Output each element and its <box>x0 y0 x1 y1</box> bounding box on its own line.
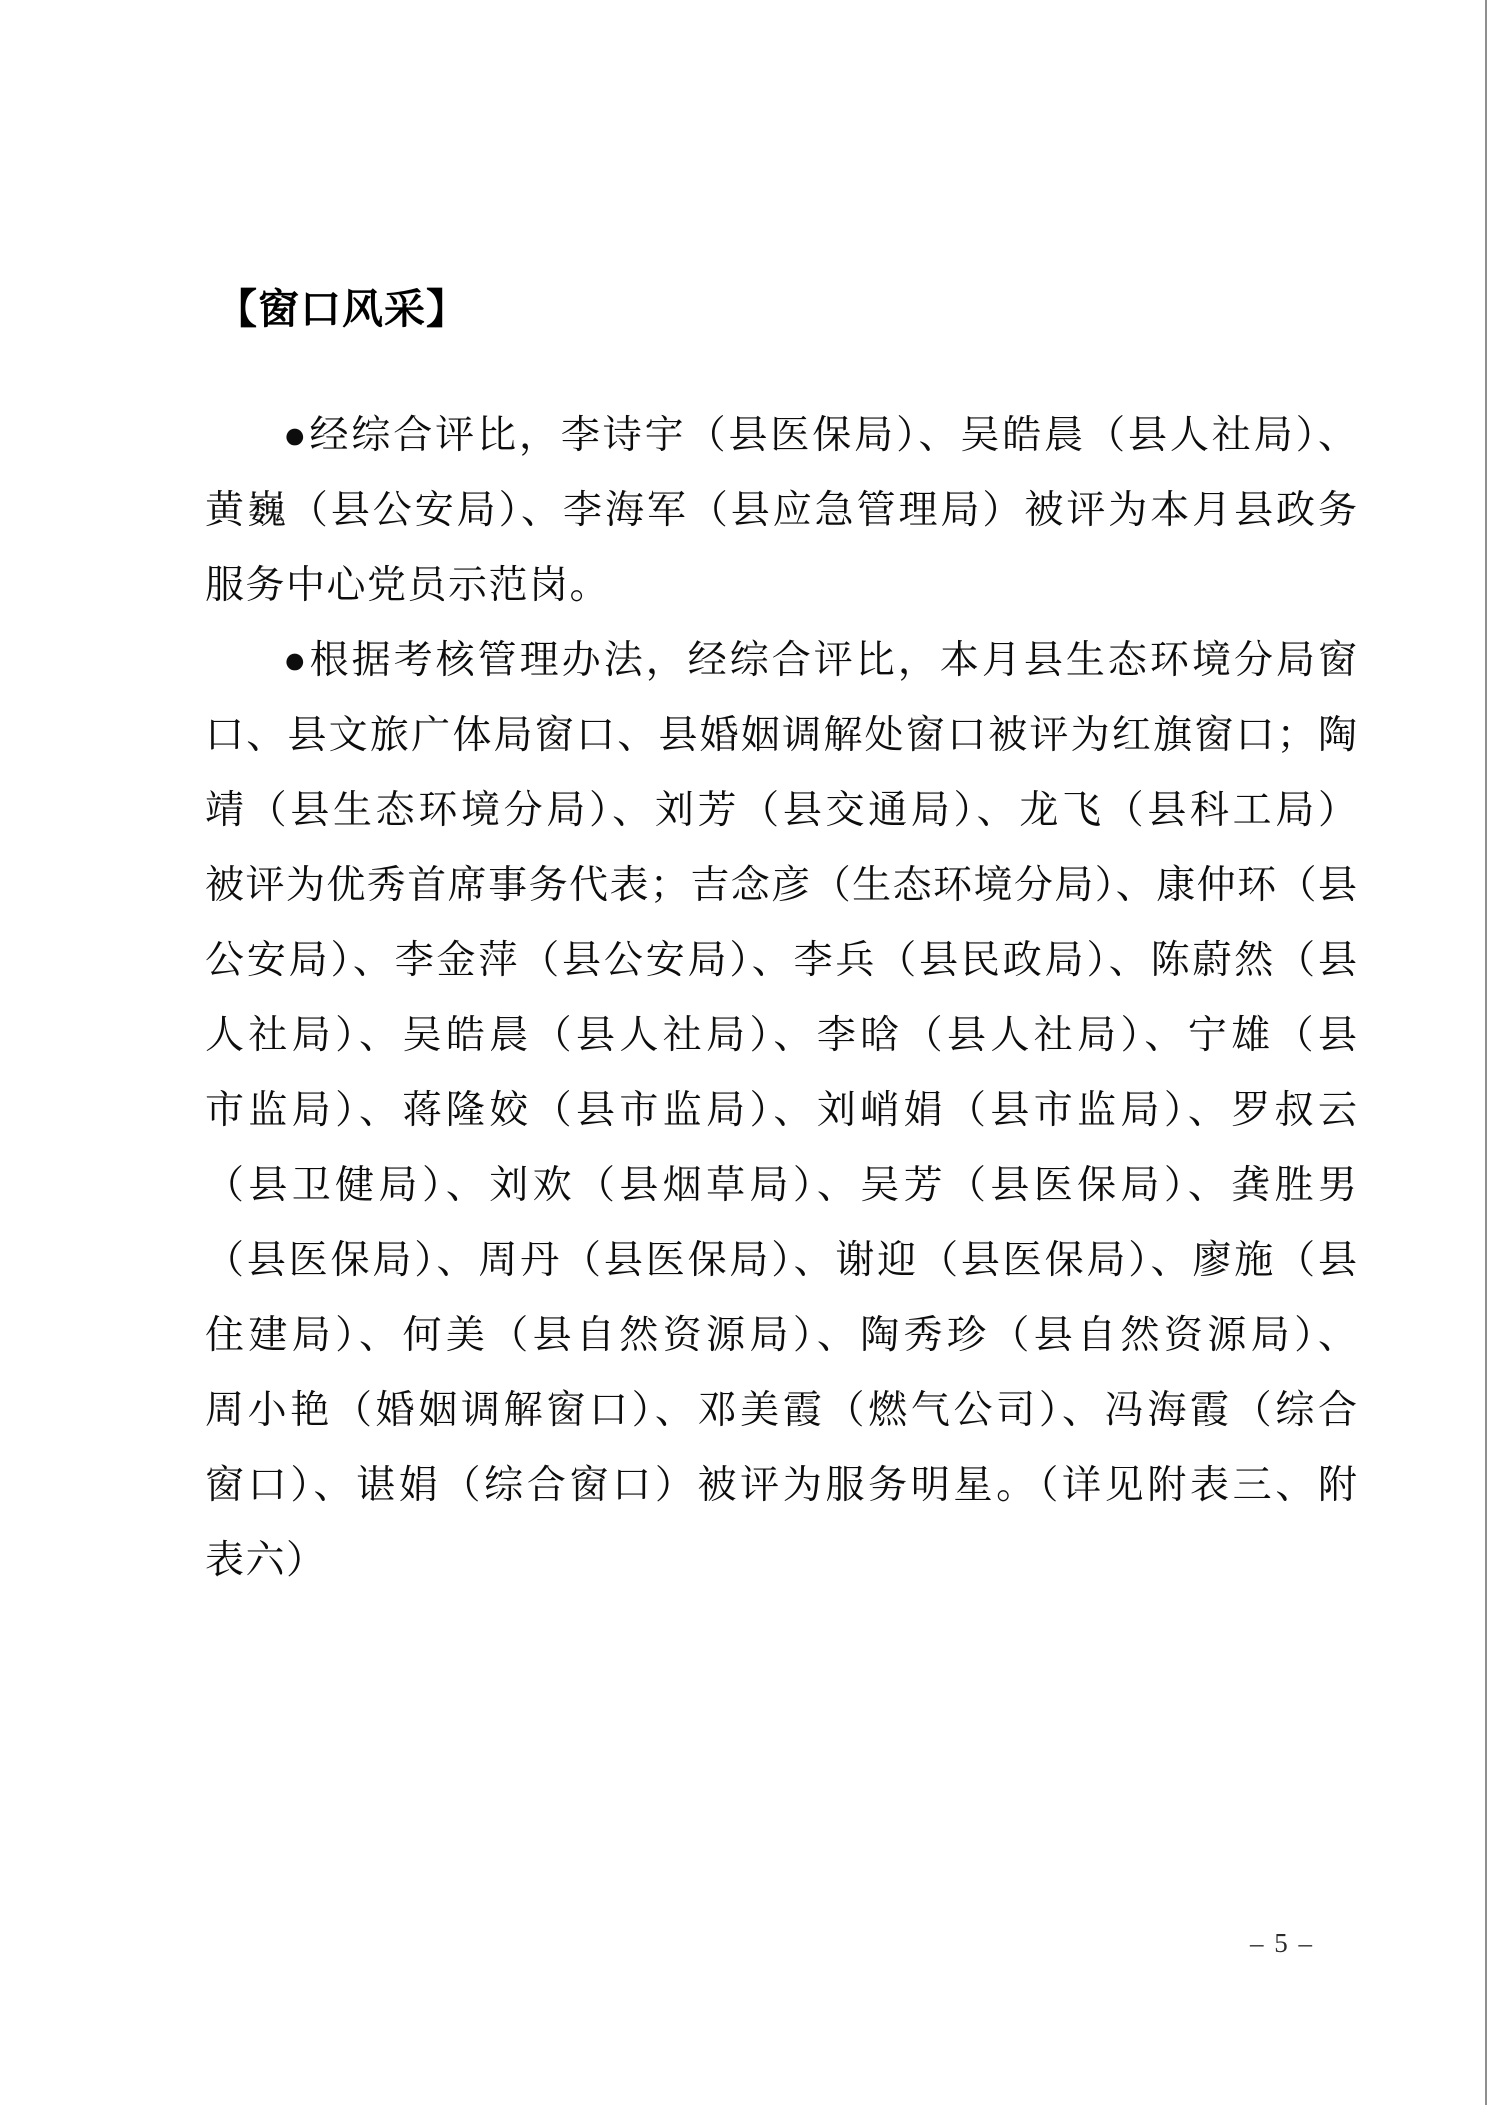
body-line: （县医保局）、周丹（县医保局）、谢迎（县医保局）、廖施（县 <box>205 1223 1357 1298</box>
section-heading: 【窗口风采】 <box>216 276 468 335</box>
document-body: ●经综合评比，李诗宇（县医保局）、吴皓晨（县人社局）、黄巍（县公安局）、李海军（… <box>205 398 1357 1598</box>
document-page: 【窗口风采】 ●经综合评比，李诗宇（县医保局）、吴皓晨（县人社局）、黄巍（县公安… <box>0 0 1488 2105</box>
body-line: 周小艳（婚姻调解窗口）、邓美霞（燃气公司）、冯海霞（综合 <box>205 1373 1357 1448</box>
body-line: 被评为优秀首席事务代表；吉念彦（生态环境分局）、康仲环（县 <box>205 848 1357 923</box>
body-line: 黄巍（县公安局）、李海军（县应急管理局）被评为本月县政务 <box>205 473 1357 548</box>
body-line: 靖（县生态环境分局）、刘芳（县交通局）、龙飞（县科工局） <box>205 773 1357 848</box>
body-line: ●根据考核管理办法，经综合评比，本月县生态环境分局窗 <box>205 623 1357 698</box>
body-line: 口、县文旅广体局窗口、县婚姻调解处窗口被评为红旗窗口；陶 <box>205 698 1357 773</box>
page-number: – 5 – <box>1182 1928 1382 1959</box>
body-line: 表六） <box>205 1523 1357 1598</box>
body-line: 服务中心党员示范岗。 <box>205 548 1357 623</box>
page-right-edge-line <box>1485 0 1487 2105</box>
body-line: （县卫健局）、刘欢（县烟草局）、吴芳（县医保局）、龚胜男 <box>205 1148 1357 1223</box>
body-line: ●经综合评比，李诗宇（县医保局）、吴皓晨（县人社局）、 <box>205 398 1357 473</box>
body-line: 人社局）、吴皓晨（县人社局）、李晗（县人社局）、宁雄（县 <box>205 998 1357 1073</box>
body-line: 公安局）、李金萍（县公安局）、李兵（县民政局）、陈蔚然（县 <box>205 923 1357 998</box>
body-line: 住建局）、何美（县自然资源局）、陶秀珍（县自然资源局）、 <box>205 1298 1357 1373</box>
body-line: 窗口）、谌娟（综合窗口）被评为服务明星。（详见附表三、附 <box>205 1448 1357 1523</box>
body-line: 市监局）、蒋隆姣（县市监局）、刘峭娟（县市监局）、罗叔云 <box>205 1073 1357 1148</box>
